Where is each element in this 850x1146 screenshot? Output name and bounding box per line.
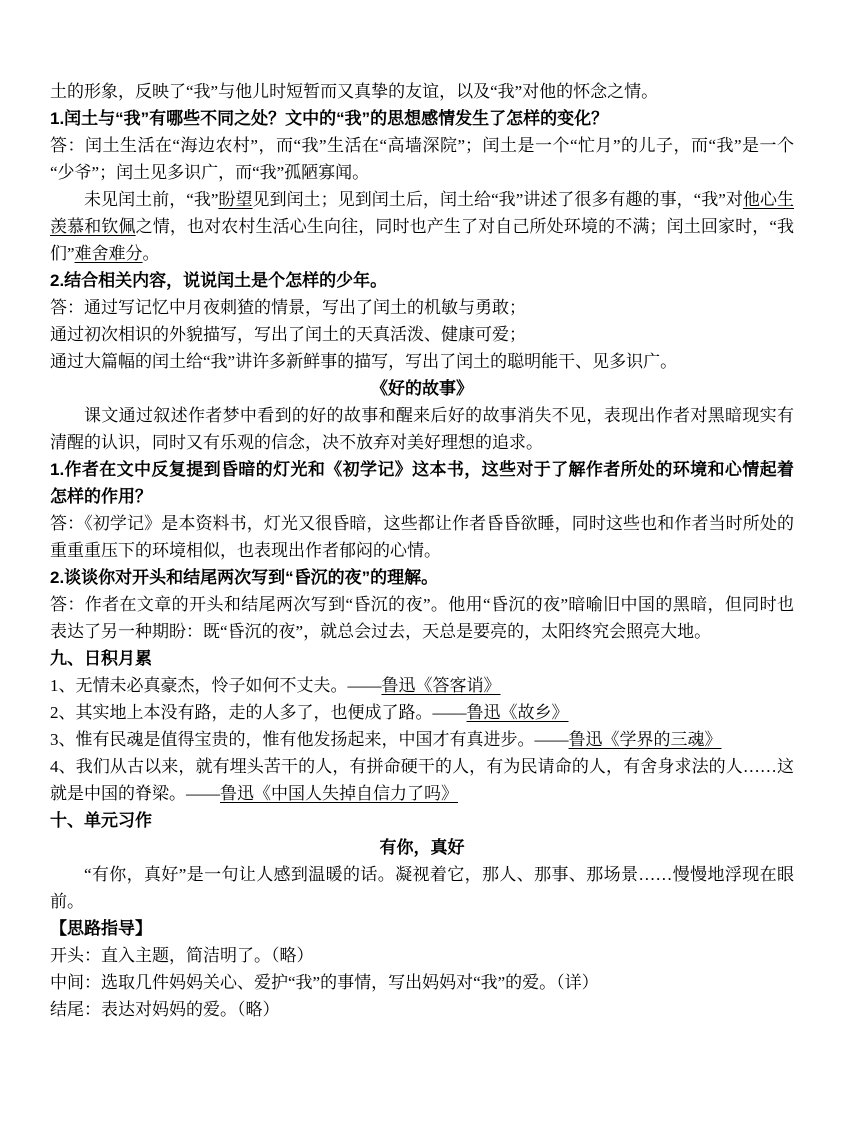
- essay-title: 有你，真好: [50, 834, 794, 861]
- lesson-title-good-story: 《好的故事》: [50, 375, 794, 402]
- accumulation-item-2: 2、其实地上本没有路，走的人多了，也便成了路。——鲁迅《故乡》: [50, 699, 794, 726]
- good-story-question-2-answer: 答：作者在文章的开头和结尾两次写到“昏沉的夜”。他用“昏沉的夜”暗喻旧中国的黑暗…: [50, 591, 794, 645]
- runtu-question-2-answer-line-1: 答：通过写记忆中月夜刺猹的情景，写出了闰土的机敏与勇敢；: [50, 294, 794, 321]
- good-story-question-1-answer: 答：《初学记》是本资料书，灯光又很昏暗，这些都让作者昏昏欲睡，同时这些也和作者当…: [50, 510, 794, 564]
- runtu-question-1-answer-continued: 未见闰土前，“我”盼望见到闰土；见到闰土后，闰土给“我”讲述了很多有趣的事，“我…: [50, 186, 794, 267]
- runtu-question-1-heading: 1.闰土与“我”有哪些不同之处？文中的“我”的思想感情发生了怎样的变化？: [50, 105, 794, 132]
- essay-intro: “有你，真好”是一句让人感到温暖的话。凝视着它，那人、那事、那场景……慢慢地浮现…: [50, 861, 794, 915]
- runtu-question-2-answer-line-3: 通过大篇幅的闰土给“我”讲许多新鲜事的描写，写出了闰土的聪明能干、见多识广。: [50, 348, 794, 375]
- runtu-question-2-heading: 2.结合相关内容，说说闰土是个怎样的少年。: [50, 267, 794, 294]
- good-story-summary: 课文通过叙述作者梦中看到的好的故事和醒来后好的故事消失不见，表现出作者对黑暗现实…: [50, 402, 794, 456]
- quote-source-underlined: 鲁迅《答客诮》: [382, 676, 501, 695]
- guide-beginning-line: 开头：直入主题，简洁明了。（略）: [50, 942, 794, 969]
- underlined-phrase-panwang: 盼望: [218, 190, 252, 209]
- runtu-question-1-answer: 答：闰土生活在“海边农村”，而“我”生活在“高墙深院”；闰土是一个“忙月”的儿子…: [50, 132, 794, 186]
- guide-ending-line: 结尾：表达对妈妈的爱。（略）: [50, 996, 794, 1023]
- intro-continuation-paragraph: 土的形象，反映了“我”与他儿时短暂而又真挚的友谊，以及“我”对他的怀念之情。: [50, 78, 794, 105]
- document-page: 土的形象，反映了“我”与他儿时短暂而又真挚的友谊，以及“我”对他的怀念之情。 1…: [0, 0, 850, 1146]
- thinking-guide-heading: 【思路指导】: [50, 915, 794, 942]
- accumulation-item-1: 1、无情未必真豪杰，怜子如何不丈夫。——鲁迅《答客诮》: [50, 672, 794, 699]
- good-story-question-1-heading: 1.作者在文中反复提到昏暗的灯光和《初学记》这本书，这些对于了解作者所处的环境和…: [50, 456, 794, 510]
- quote-source-underlined: 鲁迅《故乡》: [467, 703, 569, 722]
- quote-text: 1、无情未必真豪杰，怜子如何不丈夫。——: [50, 676, 382, 695]
- good-story-question-2-heading: 2.谈谈你对开头和结尾两次写到“昏沉的夜”的理解。: [50, 564, 794, 591]
- quote-text: 2、其实地上本没有路，走的人多了，也便成了路。——: [50, 703, 467, 722]
- underlined-phrase-nanshe-nanfen: 难舍难分: [75, 244, 143, 263]
- answer-text-segment: 之情，也对农村生活心生向往，同时也产生了对自己所处环境的不满；闰土回家时，“我们…: [50, 217, 794, 263]
- section-10-unit-writing-heading: 十、单元习作: [50, 807, 794, 834]
- quote-source-underlined: 鲁迅《中国人失掉自信力了吗》: [220, 784, 458, 803]
- quote-source-underlined: 鲁迅《学界的三魂》: [569, 730, 722, 749]
- runtu-question-2-answer-line-2: 通过初次相识的外貌描写，写出了闰土的天真活泼、健康可爱；: [50, 321, 794, 348]
- accumulation-item-4: 4、我们从古以来，就有埋头苦干的人，有拼命硬干的人，有为民请命的人，有舍身求法的…: [50, 753, 794, 807]
- answer-text-segment: 。: [143, 244, 160, 263]
- answer-text-segment: 未见闰土前，“我”: [84, 190, 218, 209]
- section-9-accumulation-heading: 九、日积月累: [50, 645, 794, 672]
- answer-text-segment: 见到闰土；见到闰土后，闰土给“我”讲述了很多有趣的事，“我”对: [253, 190, 743, 209]
- guide-middle-line: 中间：选取几件妈妈关心、爱护“我”的事情，写出妈妈对“我”的爱。（详）: [50, 969, 794, 996]
- quote-text: 3、惟有民魂是值得宝贵的，惟有他发扬起来，中国才有真进步。——: [50, 730, 569, 749]
- accumulation-item-3: 3、惟有民魂是值得宝贵的，惟有他发扬起来，中国才有真进步。——鲁迅《学界的三魂》: [50, 726, 794, 753]
